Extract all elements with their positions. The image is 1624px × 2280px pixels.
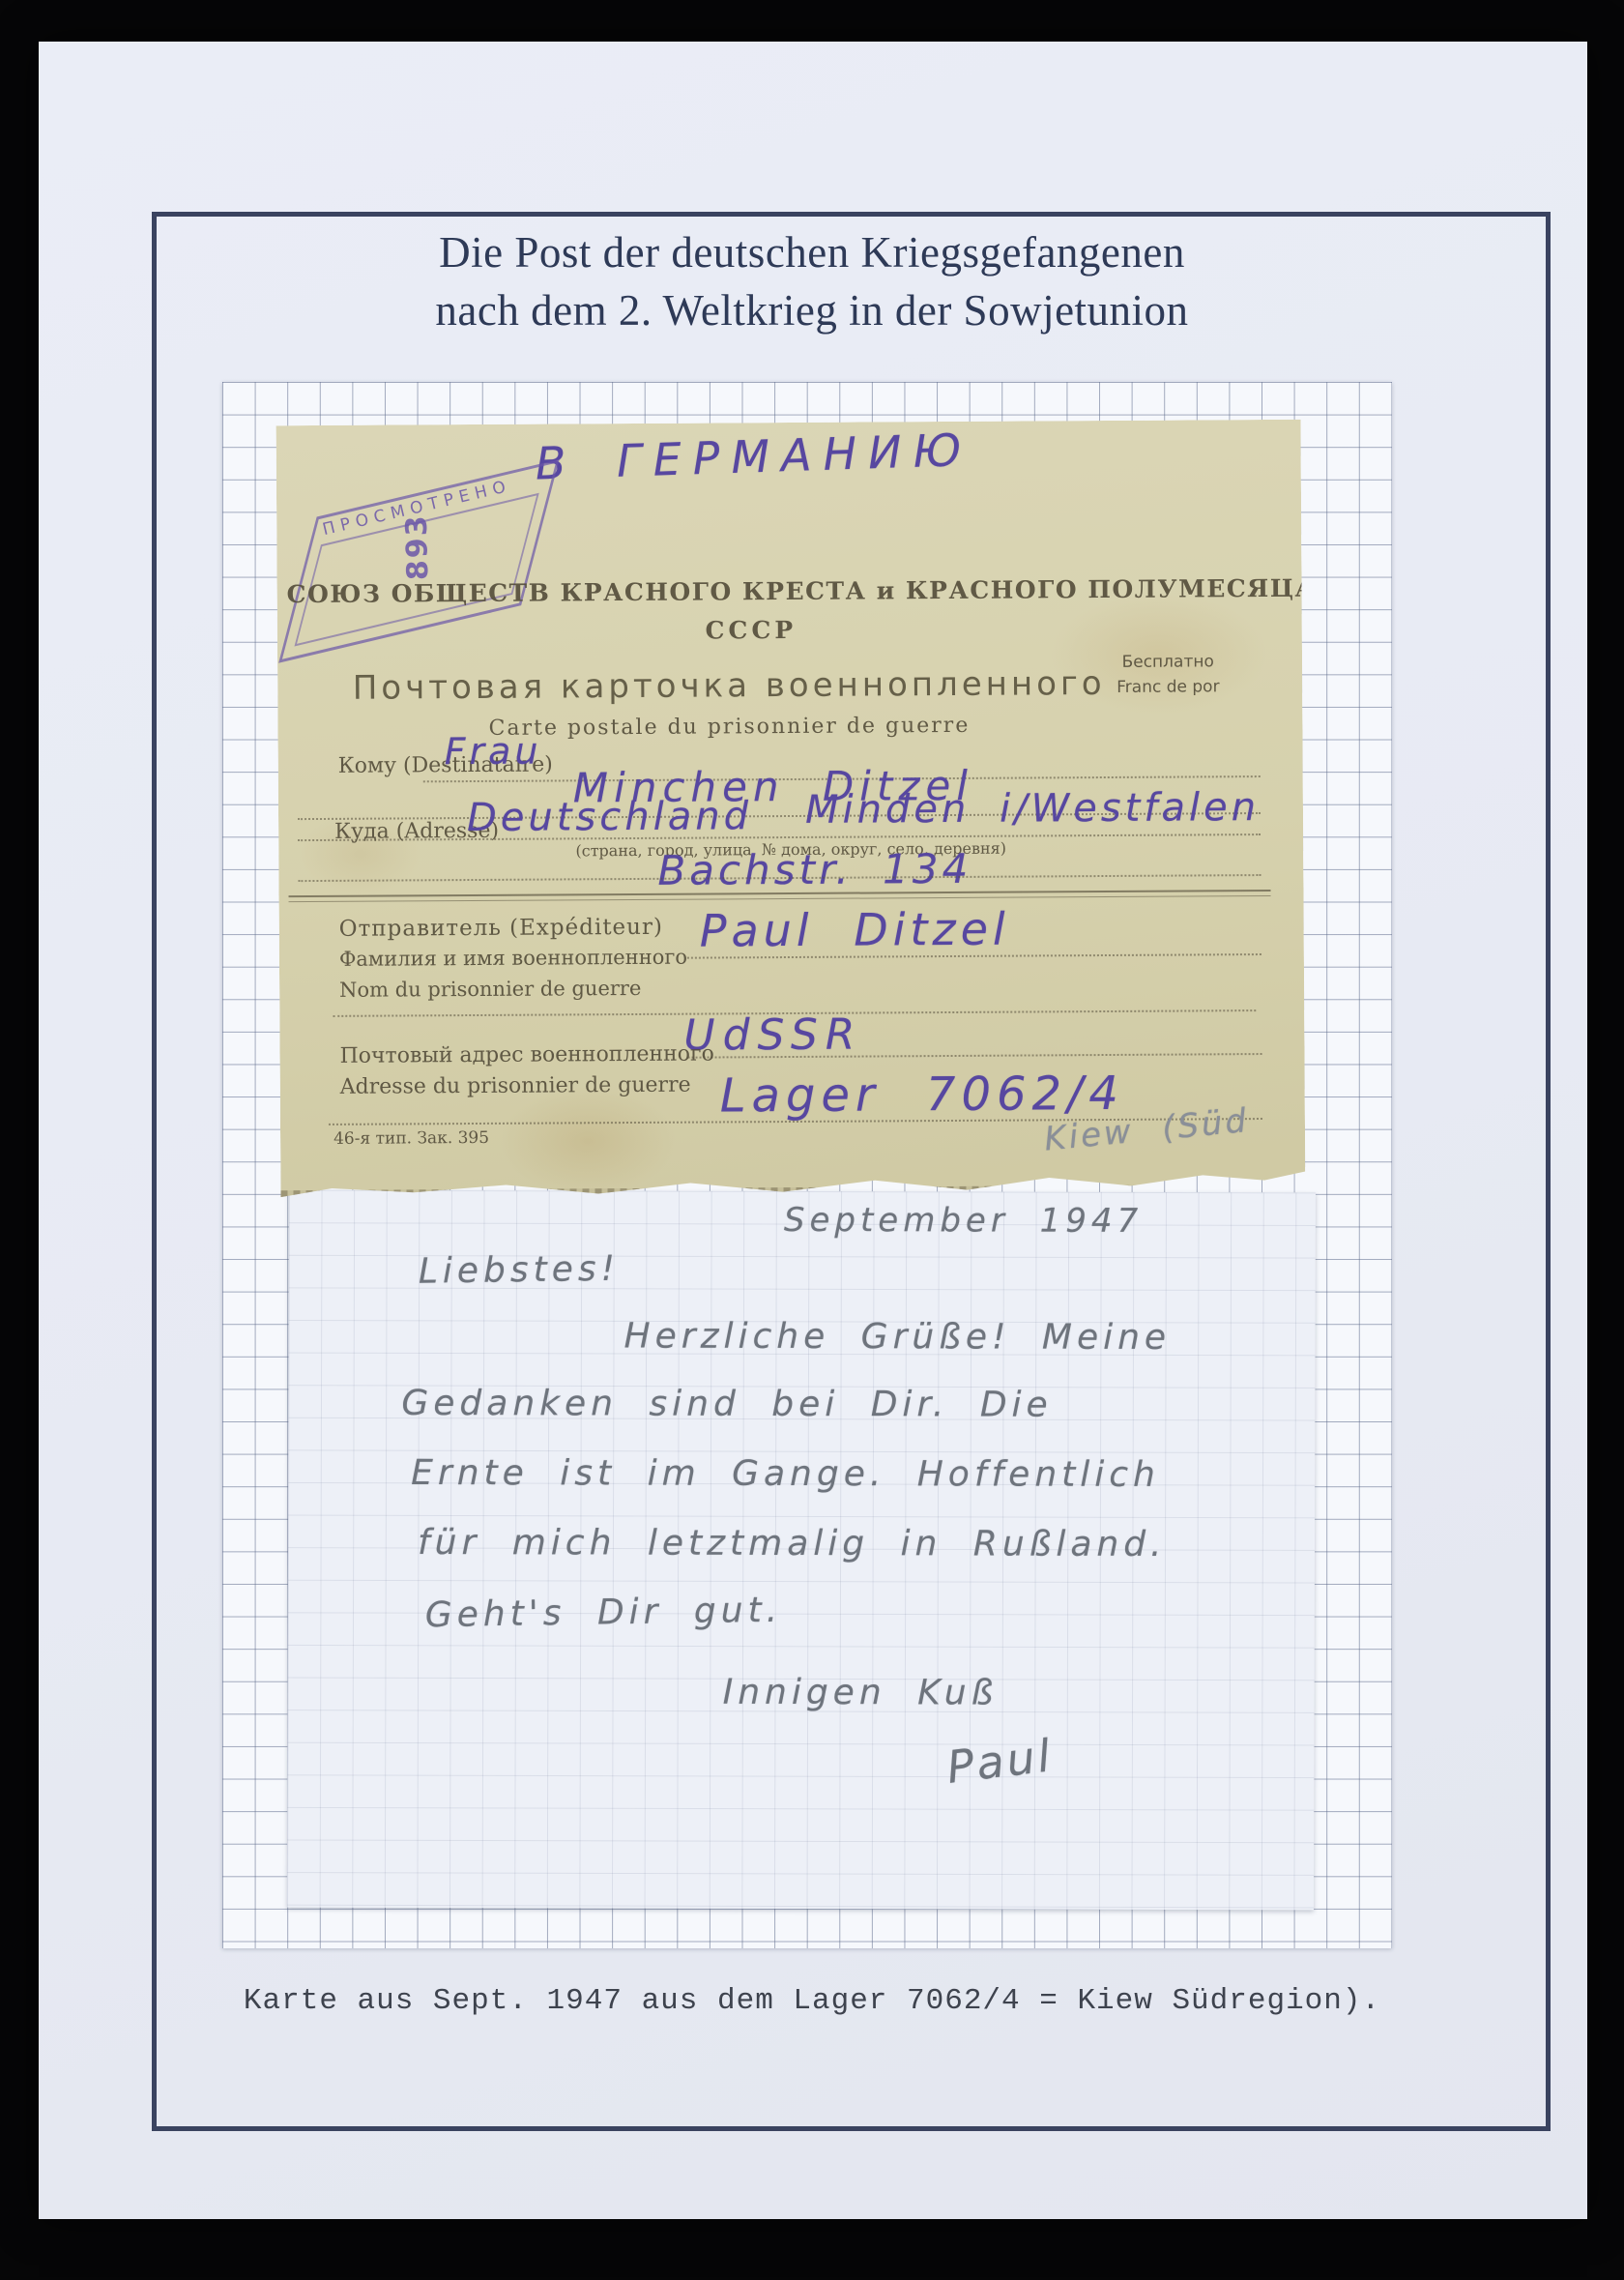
field-address-value1: Deutschland [467, 794, 752, 840]
free-post-ru: Бесплатно [1116, 650, 1219, 675]
card-header-line1: СОЮЗ ОБЩЕСТВ КРАСНОГО КРЕСТА и КРАСНОГО … [287, 574, 1215, 608]
album-page: Die Post der deutschen Kriegsgefangenen … [39, 42, 1587, 2219]
message-line: für mich letztmalig in Rußland. [418, 1523, 1167, 1564]
field-address-value3: Bachstr. 134 [657, 845, 971, 894]
sender-label-fr: Nom du prisonnier de guerre [339, 977, 641, 1002]
printer-note: 46-я тип. Зак. 395 [333, 1128, 489, 1149]
page-title-line2: nach dem 2. Weltkrieg in der Sowjetunion [113, 282, 1511, 340]
message-signature: Paul [944, 1729, 1057, 1794]
postal-label-fr: Adresse du prisonnier de guerre [340, 1073, 691, 1099]
message-line: Innigen Kuß [723, 1673, 999, 1713]
message-sheet: September 1947 Liebstes! Herzliche Grüße… [287, 1190, 1316, 1911]
free-post-note: Бесплатно Franc de por [1116, 650, 1220, 700]
postcard: В ГЕРМАНИЮ ПРОСМОТРЕНО 893 СОЮЗ ОБЩЕСТВ … [276, 420, 1306, 1205]
sender-label-ru: Отправитель (Expéditeur) [339, 915, 663, 942]
field-to-value1: Frau [444, 730, 541, 774]
message-line: Gedanken sind bei Dir. Die [401, 1384, 1052, 1425]
message-line: Liebstes! [418, 1249, 620, 1292]
postal-value2: Lager 7062/4 [720, 1067, 1124, 1124]
photo-background: { "page": { "title_line1": "Die Post der… [0, 0, 1624, 2280]
sender-value: Paul Ditzel [700, 903, 1010, 957]
bottom-caption: Karte aus Sept. 1947 aus dem Lager 7062/… [113, 1984, 1511, 2018]
page-title-line1: Die Post der deutschen Kriegsgefangenen [113, 224, 1511, 282]
page-title: Die Post der deutschen Kriegsgefangenen … [113, 224, 1511, 340]
message-line: Ernte ist im Gange. Hoffentlich [411, 1453, 1160, 1495]
field-address-value2: Minden i/Westfalen [805, 785, 1260, 833]
censor-stamp-number: 893 [400, 513, 436, 580]
card-type-ru: Почтовая карточка военнопленного [342, 664, 1116, 708]
postal-label-ru: Почтовый адрес военнопленного [339, 1041, 713, 1067]
destination-note: В ГЕРМАНИЮ [535, 424, 973, 490]
free-post-fr: Franc de por [1116, 675, 1219, 700]
message-line: Herzliche Grüße! Meine [624, 1317, 1172, 1358]
message-date: September 1947 [784, 1201, 1143, 1241]
message-line: Geht's Dir gut. [425, 1591, 783, 1635]
sender-label-ru2: Фамилия и имя военнопленного [339, 946, 687, 971]
card-header-cccp: СССР [287, 613, 1215, 647]
